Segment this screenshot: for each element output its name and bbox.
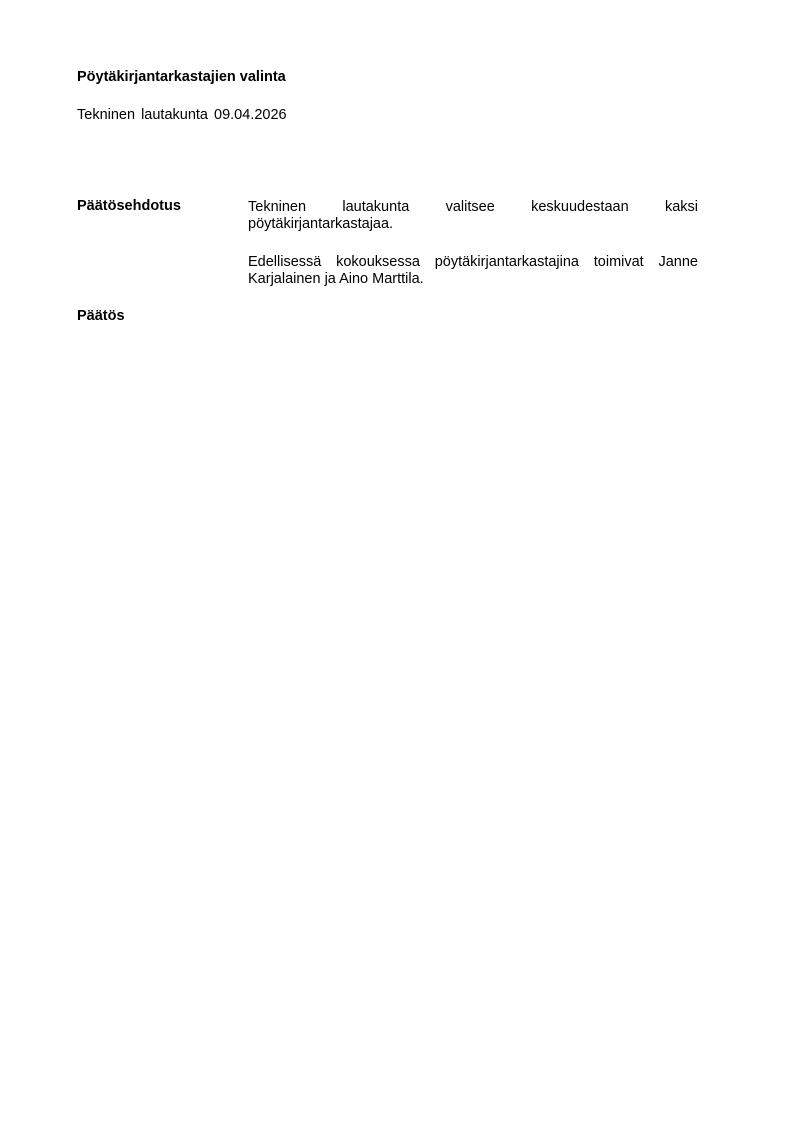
document-title: Pöytäkirjantarkastajien valinta	[77, 69, 286, 85]
section-label-proposal: Päätösehdotus	[77, 198, 181, 214]
proposal-paragraph-1: Tekninen lautakunta valitsee keskuudesta…	[248, 199, 698, 233]
section-label-decision: Päätös	[77, 308, 125, 324]
proposal-paragraph-2: Edellisessä kokouksessa pöytäkirjantarka…	[248, 254, 698, 288]
meeting-info: Tekninen lautakunta 09.04.2026	[77, 107, 287, 123]
